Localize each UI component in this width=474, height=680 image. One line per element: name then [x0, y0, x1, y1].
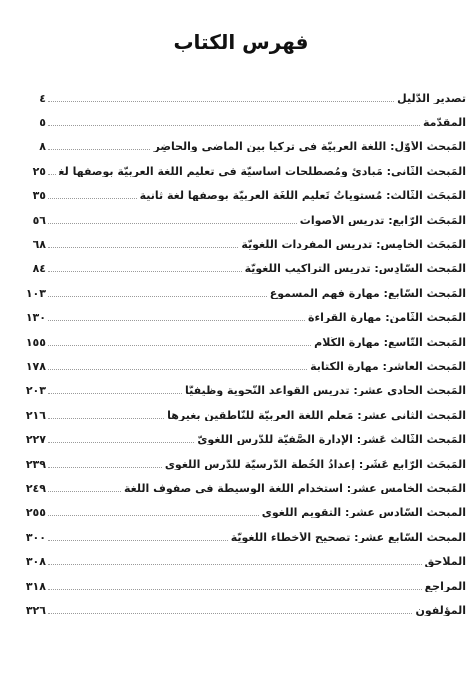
- toc-entry-label: المَبحث الثّامن: مهارة القراءة: [308, 312, 466, 323]
- toc-entry-page: ١٣٠: [16, 312, 46, 323]
- toc-entry: المَبحث الثّاني: مَبادئ ومُصطَلحات أساسي…: [16, 159, 466, 183]
- toc-entry-page: ١٥٥: [16, 337, 46, 348]
- dotted-leader: [48, 320, 305, 321]
- toc-entry-label: المَبحث الثّالث عَشر: الإدارة الصَّفيّة …: [197, 434, 466, 445]
- toc-entry-page: ٢١٦: [16, 410, 46, 421]
- toc-entry: المَبحث العاشر: مهارة الكتابة ١٧٨: [16, 354, 466, 378]
- toc-entry-page: ١٧٨: [16, 361, 46, 372]
- toc-entry-page: ٣٥: [16, 190, 46, 201]
- toc-entry-page: ٣١٨: [16, 581, 46, 592]
- toc-entry: المَبحَث الثّالث: مُستوياتُ تَعليم اللُّ…: [16, 184, 466, 208]
- toc-entry-label: المبحث السّادس عشر: التقويم اللغوي: [262, 507, 466, 518]
- toc-entry: المَبحث الثّامن: مهارة القراءة ١٣٠: [16, 306, 466, 330]
- dotted-leader: [48, 223, 297, 224]
- toc-entry-label: المَبحَث الرّابع: تدريس الأصوات: [300, 215, 466, 226]
- toc-entry: المَبحث الأوّل: اللّغة العربيّة في تركيا…: [16, 135, 466, 159]
- toc-entry-label: المَبحث الثّاني: مَبادئ ومُصطَلحات أساسي…: [59, 166, 466, 177]
- toc-entry-label: الملاحق: [425, 556, 466, 567]
- toc-entry: المراجع ٣١٨: [16, 574, 466, 598]
- toc-entry: المؤلفون ٣٢٦: [16, 598, 466, 622]
- toc-entry-page: ٢٢٧: [16, 434, 46, 445]
- toc-entry-label: المَبحث العاشر: مهارة الكتابة: [310, 361, 466, 372]
- toc-entry: المَبحَث الرّابع عَشَر: إعدادُ الخُطّة ا…: [16, 452, 466, 476]
- toc-entry-label: المبحث السّابع عشر: تصحيح الأخطاء اللُّغ…: [231, 532, 466, 543]
- toc-entry-page: ٢٠٣: [16, 385, 46, 396]
- dotted-leader: [48, 589, 422, 590]
- dotted-leader: [48, 393, 182, 394]
- toc-entry-page: ٥: [16, 117, 46, 128]
- toc-entry-page: ٣٠٠: [16, 532, 46, 543]
- toc-entry-label: تصدير الدَّليل: [397, 93, 466, 104]
- toc-entry-label: المَبحث السّادِس: تدريس التراكيب اللغويّ…: [245, 263, 466, 274]
- toc-entry-label: المؤلفون: [415, 605, 466, 616]
- toc-entry-label: المَبحث الثاني عشر: مَعلِّم اللُّغة العر…: [167, 410, 466, 421]
- dotted-leader: [48, 491, 121, 492]
- book-page: فهرس الكتاب تصدير الدَّليل ٤ المقدّمة ٥ …: [0, 0, 474, 680]
- toc-entry: المَبحث الثّالث عَشر: الإدارة الصَّفيّة …: [16, 427, 466, 451]
- toc-entry-label: المَبحث التّاسع: مهارة الكَلام: [314, 337, 466, 348]
- page-title: فهرس الكتاب: [16, 30, 466, 54]
- toc-entry: المَبحث التّاسع: مهارة الكَلام ١٥٥: [16, 330, 466, 354]
- toc-entry-page: ٣٠٨: [16, 556, 46, 567]
- dotted-leader: [48, 613, 412, 614]
- toc-entry-label: المَبحَث الخامِس: تدريس المفردات اللغويّ…: [241, 239, 466, 250]
- toc-entry-page: ٨٤: [16, 263, 46, 274]
- toc-entry: الملاحق ٣٠٨: [16, 549, 466, 573]
- toc-entry-page: ٥٦: [16, 215, 46, 226]
- dotted-leader: [48, 442, 194, 443]
- toc-entry: المبحث السّادس عشر: التقويم اللغوي ٢٥٥: [16, 501, 466, 525]
- toc-entry-label: المَبحَث الثّالث: مُستوياتُ تَعليم اللُّ…: [140, 190, 466, 201]
- toc-entry: المَبحَث الخامِس: تدريس المفردات اللغويّ…: [16, 232, 466, 256]
- toc-entry-label: المَبحث الحادي عشر: تدريس القواعد النَّح…: [185, 385, 466, 396]
- toc-entry: المبحث السّابع عشر: تصحيح الأخطاء اللُّغ…: [16, 525, 466, 549]
- toc-entry: المَبحث السّادِس: تدريس التراكيب اللغويّ…: [16, 257, 466, 281]
- toc-entry-label: المَبحث الأوّل: اللّغة العربيّة في تركيا…: [153, 141, 466, 152]
- toc-entry-page: ٨: [16, 141, 46, 152]
- toc-entry: المَبحث السّابع: مهارة فهم المسموع ١٠٣: [16, 281, 466, 305]
- dotted-leader: [48, 125, 420, 126]
- toc-entry-page: ٢٥: [16, 166, 46, 177]
- toc-entry: المَبحث الخامس عشر: استخدام اللُّغة الوس…: [16, 476, 466, 500]
- toc-entry-label: المقدّمة: [423, 117, 466, 128]
- toc-entry-page: ٦٨: [16, 239, 46, 250]
- dotted-leader: [48, 418, 164, 419]
- dotted-leader: [48, 149, 150, 150]
- toc-entry-page: ٤: [16, 93, 46, 104]
- toc-entry: تصدير الدَّليل ٤: [16, 86, 466, 110]
- toc-entry-page: ٢٥٥: [16, 507, 46, 518]
- dotted-leader: [48, 369, 307, 370]
- dotted-leader: [48, 198, 137, 199]
- toc-entry-page: ١٠٣: [16, 288, 46, 299]
- toc-entry: المَبحث الحادي عشر: تدريس القواعد النَّح…: [16, 379, 466, 403]
- dotted-leader: [48, 296, 267, 297]
- toc-entry: المَبحث الثاني عشر: مَعلِّم اللُّغة العر…: [16, 403, 466, 427]
- dotted-leader: [48, 247, 238, 248]
- dotted-leader: [48, 271, 242, 272]
- dotted-leader: [48, 515, 259, 516]
- toc-entry-label: المَبحَث الرّابع عَشَر: إعدادُ الخُطّة ا…: [165, 459, 466, 470]
- dotted-leader: [48, 467, 162, 468]
- dotted-leader: [48, 564, 422, 565]
- dotted-leader: [48, 174, 56, 175]
- toc-entry: المَبحَث الرّابع: تدريس الأصوات ٥٦: [16, 208, 466, 232]
- toc-entry-label: المَبحث الخامس عشر: استخدام اللُّغة الوس…: [124, 483, 466, 494]
- toc-entry-page: ٢٤٩: [16, 483, 46, 494]
- dotted-leader: [48, 345, 311, 346]
- toc-list: تصدير الدَّليل ٤ المقدّمة ٥ المَبحث الأو…: [16, 86, 466, 623]
- dotted-leader: [48, 101, 394, 102]
- toc-entry-label: المراجع: [425, 581, 466, 592]
- toc-entry-label: المَبحث السّابع: مهارة فهم المسموع: [270, 288, 466, 299]
- toc-entry-page: ٣٢٦: [16, 605, 46, 616]
- dotted-leader: [48, 540, 228, 541]
- toc-entry-page: ٢٣٩: [16, 459, 46, 470]
- toc-entry: المقدّمة ٥: [16, 110, 466, 134]
